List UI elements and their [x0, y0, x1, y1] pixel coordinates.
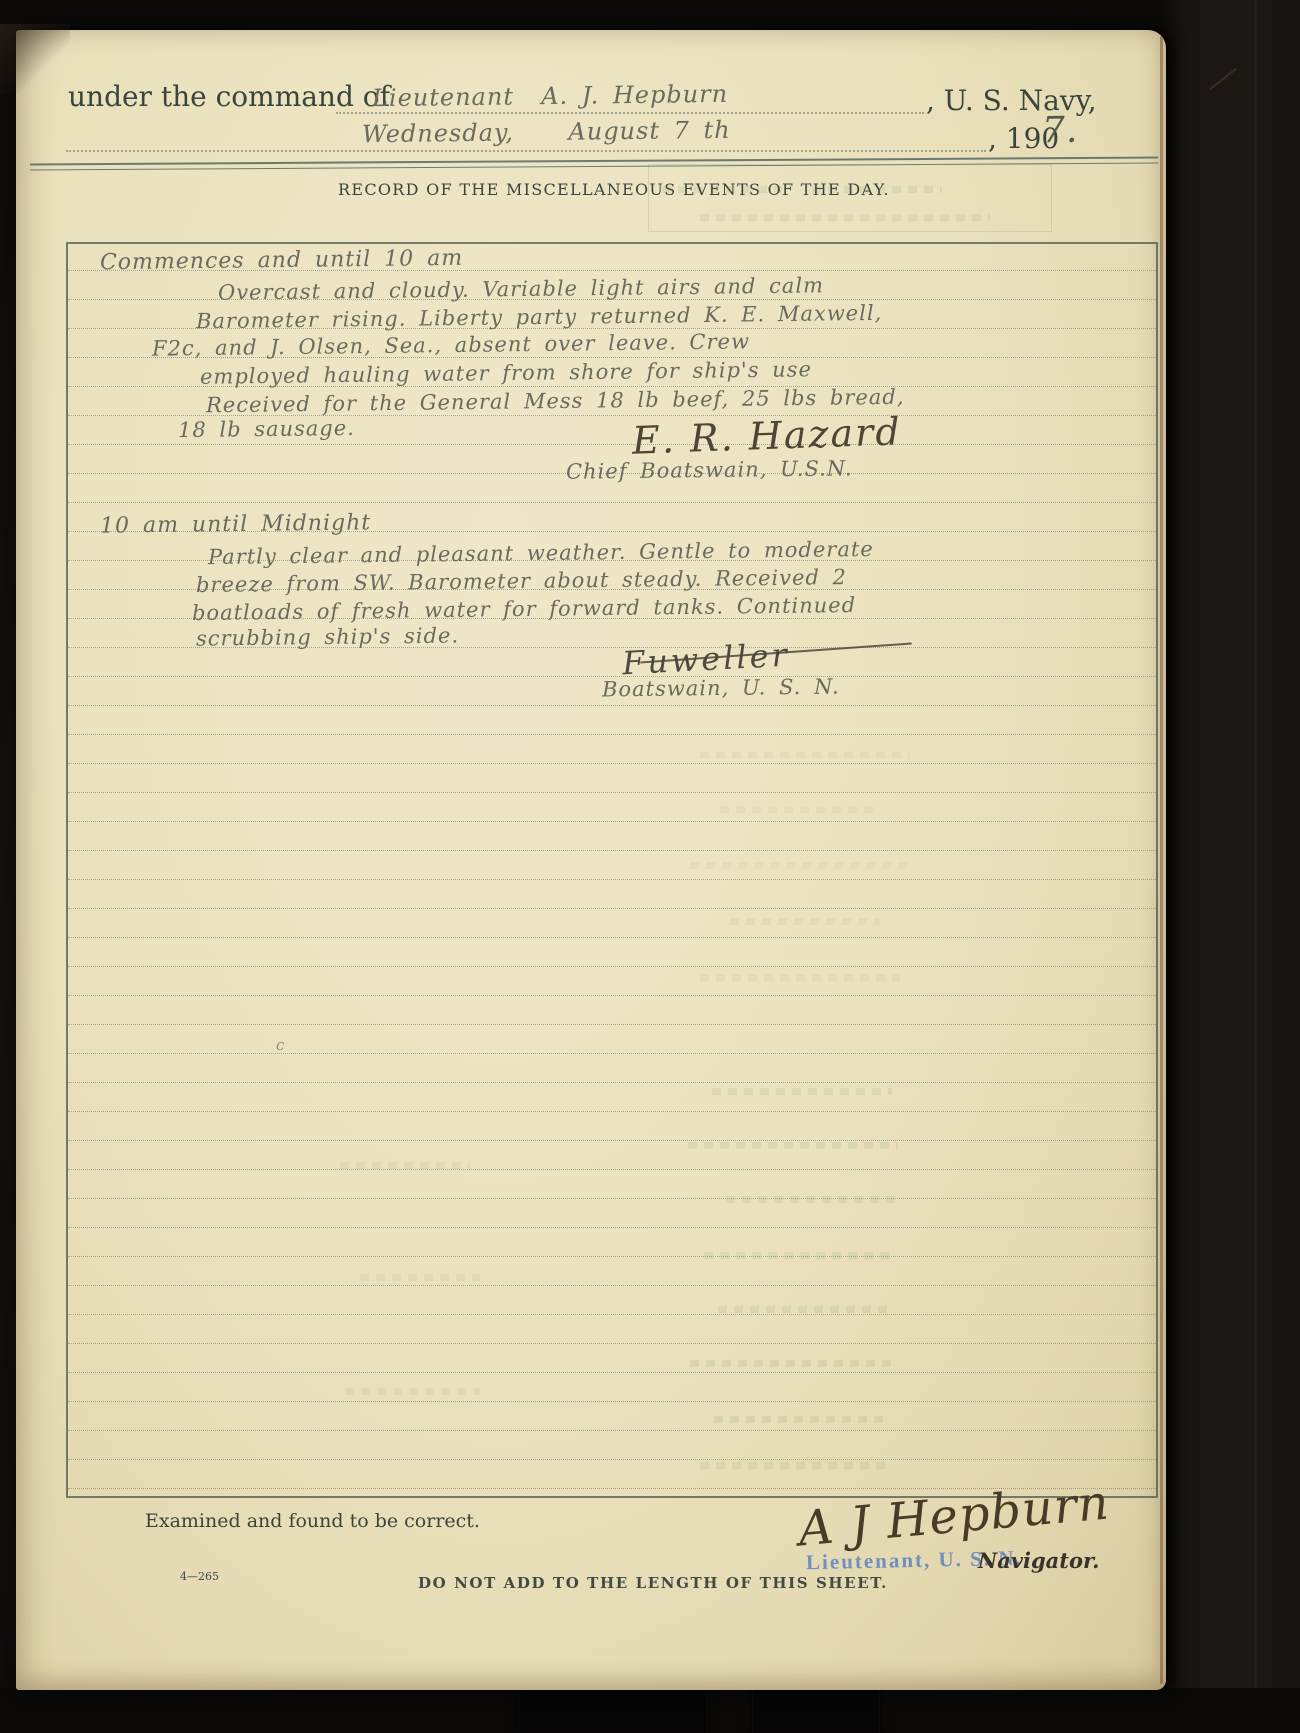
entry1-heading: Commences and until 10 am: [100, 246, 463, 275]
bleed-through-ghost: [688, 1142, 898, 1149]
log-book-photo: under the command of Lieutenant A. J. He…: [0, 0, 1300, 1733]
ledger-rule: [68, 1344, 1156, 1373]
ledger-rule: [68, 793, 1156, 822]
command-prefix: under the command of: [68, 80, 390, 113]
bleed-through-ghost: [700, 974, 900, 981]
binding-edge: [0, 24, 70, 94]
entry2-signature-title: Boatswain, U. S. N.: [602, 675, 840, 702]
binding-strap: [518, 1684, 708, 1733]
ledger-rule: [68, 706, 1156, 735]
bleed-through-ghost: [700, 1462, 885, 1469]
examined-note: Examined and found to be correct.: [145, 1510, 480, 1532]
ledger-rule: [68, 1431, 1156, 1460]
ledger-rule: [68, 1199, 1156, 1228]
section-title: RECORD OF THE MISCELLANEOUS EVENTS OF TH…: [338, 180, 890, 199]
ledger-rule: [68, 967, 1156, 996]
bleed-through-ghost: [345, 1388, 480, 1395]
length-warning: DO NOT ADD TO THE LENGTH OF THIS SHEET.: [418, 1574, 888, 1592]
ledger-rule: [68, 1257, 1156, 1286]
bleed-through-ghost: [730, 918, 880, 925]
date-blank-line: [66, 150, 986, 152]
bleed-through-ghost: [704, 1252, 894, 1259]
ledger-rule: [68, 851, 1156, 880]
entry2-line: scrubbing ship's side.: [196, 623, 459, 650]
ledger-rule: [68, 1141, 1156, 1170]
ledger-rule: [68, 1315, 1156, 1344]
bleed-through-ghost: [700, 752, 910, 759]
ledger-rule: [68, 938, 1156, 967]
commander-handwritten: Lieutenant A. J. Hepburn: [372, 80, 728, 112]
commander-blank-line: [336, 112, 924, 114]
bleed-through-ghost: [720, 806, 880, 813]
ledger-rule: [68, 1228, 1156, 1257]
ledger-rule: [68, 1112, 1156, 1141]
date-handwritten: Wednesday, August 7 th: [362, 116, 731, 149]
form-number: 4—265: [180, 1570, 219, 1583]
ledger-rule: [68, 1054, 1156, 1083]
ledger-rule: [68, 909, 1156, 938]
year-handwritten: 7.: [1042, 110, 1079, 151]
binding-strap: [752, 1684, 880, 1733]
ledger-rule: [68, 1025, 1156, 1054]
bleed-through-ghost: [690, 1360, 895, 1367]
ledger-rule: [68, 648, 1156, 677]
ledger-rule: [68, 1286, 1156, 1315]
bleed-through-ghost: [712, 1088, 892, 1095]
ledger-rule: [68, 1170, 1156, 1199]
page-edge: [1160, 36, 1163, 1684]
entry1-line: 18 lb sausage.: [178, 416, 355, 442]
cover-seam: [1254, 0, 1257, 1733]
ledger-rule: [68, 996, 1156, 1025]
bleed-through-ghost: [714, 1416, 884, 1423]
bleed-through-ghost: [700, 214, 990, 221]
book-cover-right: [1164, 0, 1300, 1733]
bleed-through-ghost: [360, 1274, 480, 1281]
ledger-rule: [68, 764, 1156, 793]
entry1-signature-title: Chief Boatswain, U.S.N.: [566, 456, 853, 483]
navigator-label: Navigator.: [978, 1548, 1099, 1573]
ledger-rule: [68, 1083, 1156, 1112]
ledger-rule: [68, 735, 1156, 764]
ledger-rule: [68, 880, 1156, 909]
ledger-rule: [68, 822, 1156, 851]
bleed-through-ghost: [726, 1196, 896, 1203]
entry1-signature: E. R. Hazard: [631, 409, 902, 462]
ledger-rule: [68, 1373, 1156, 1402]
bleed-through-ghost: [340, 1162, 470, 1169]
bleed-through-ghost: [690, 862, 910, 869]
entry2-heading: 10 am until Midnight: [100, 510, 371, 538]
bleed-through-ghost: [718, 1306, 893, 1313]
ledger-rule: [68, 1402, 1156, 1431]
stray-pencil-mark: c: [276, 1036, 286, 1054]
